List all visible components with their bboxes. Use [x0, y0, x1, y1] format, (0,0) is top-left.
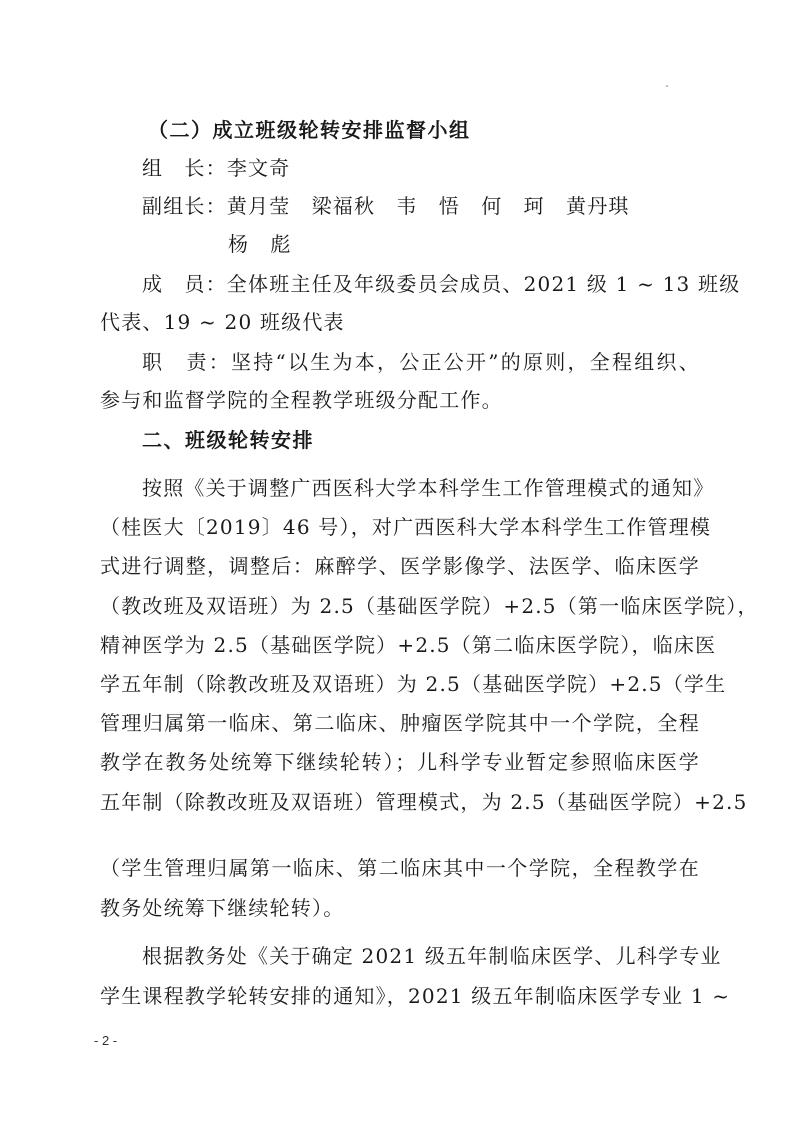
- paragraph1-line: 精神医学为 2.5（基础医学院）+2.5（第二临床医学院），临床医: [100, 633, 700, 657]
- leader-value: 李文奇: [227, 156, 291, 180]
- paragraph1-line: （学生管理归属第一临床、第二临床其中一个学院，全程教学在: [100, 856, 700, 880]
- paragraph1-line: 式进行调整，调整后：麻醉学、医学影像学、法医学、临床医学: [100, 554, 700, 578]
- paragraph1-line: 按照《关于调整广西医科大学本科学生工作管理模式的通知》: [142, 476, 700, 500]
- paragraph1-line: 管理归属第一临床、第二临床、肿瘤医学院其中一个学院，全程: [100, 711, 700, 735]
- duties-line-2: 参与和监督学院的全程教学班级分配工作。: [100, 388, 700, 412]
- paragraph2-line: 根据教务处《关于确定 2021 级五年制临床医学、儿科学专业: [142, 944, 700, 968]
- leader-label: 组 长：: [142, 156, 227, 180]
- leader-line: 组 长：李文奇: [142, 156, 700, 180]
- duties-line-1: 职 责：坚持“以生为本，公正公开”的原则，全程组织、: [142, 350, 700, 374]
- document-page: （二）成立班级轮转安排监督小组 组 长：李文奇 副组长：黄月莹 梁福秋 韦 悟 …: [0, 0, 794, 1123]
- paragraph1-line: （桂医大〔2019〕46 号），对广西医科大学本科学生工作管理模: [100, 515, 700, 539]
- section2-heading: 二、班级轮转安排: [142, 428, 700, 452]
- scan-speck: [666, 85, 668, 87]
- paragraph2-line: 学生课程教学轮转安排的通知》，2021 级五年制临床医学专业 1 ~: [100, 984, 700, 1008]
- deputy-leaders-line-2: 杨 彪: [228, 232, 794, 256]
- members-line-1: 成 员：全体班主任及年级委员会成员、2021 级 1 ~ 13 班级: [142, 272, 700, 296]
- paragraph1-line: 教学在教务处统筹下继续轮转）；儿科学专业暂定参照临床医学: [100, 750, 700, 774]
- page-number: - 2 -: [94, 1033, 117, 1048]
- paragraph1-line: 学五年制（除教改班及双语班）为 2.5（基础医学院）+2.5（学生: [100, 672, 700, 696]
- paragraph1-line: 五年制（除教改班及双语班）管理模式，为 2.5（基础医学院）+2.5: [100, 790, 700, 814]
- section-heading: （二）成立班级轮转安排监督小组: [148, 118, 706, 142]
- members-line-2: 代表、19 ~ 20 班级代表: [100, 310, 700, 334]
- deputy-leaders-line: 副组长：黄月莹 梁福秋 韦 悟 何 珂 黄丹琪: [142, 194, 700, 218]
- paragraph1-line: （教改班及双语班）为 2.5（基础医学院）+2.5（第一临床医学院），: [100, 594, 700, 618]
- paragraph1-line: 教务处统筹下继续轮转）。: [100, 896, 700, 920]
- deputy-names: 黄月莹 梁福秋 韦 悟 何 珂 黄丹琪: [227, 194, 630, 218]
- deputy-label: 副组长：: [142, 194, 227, 218]
